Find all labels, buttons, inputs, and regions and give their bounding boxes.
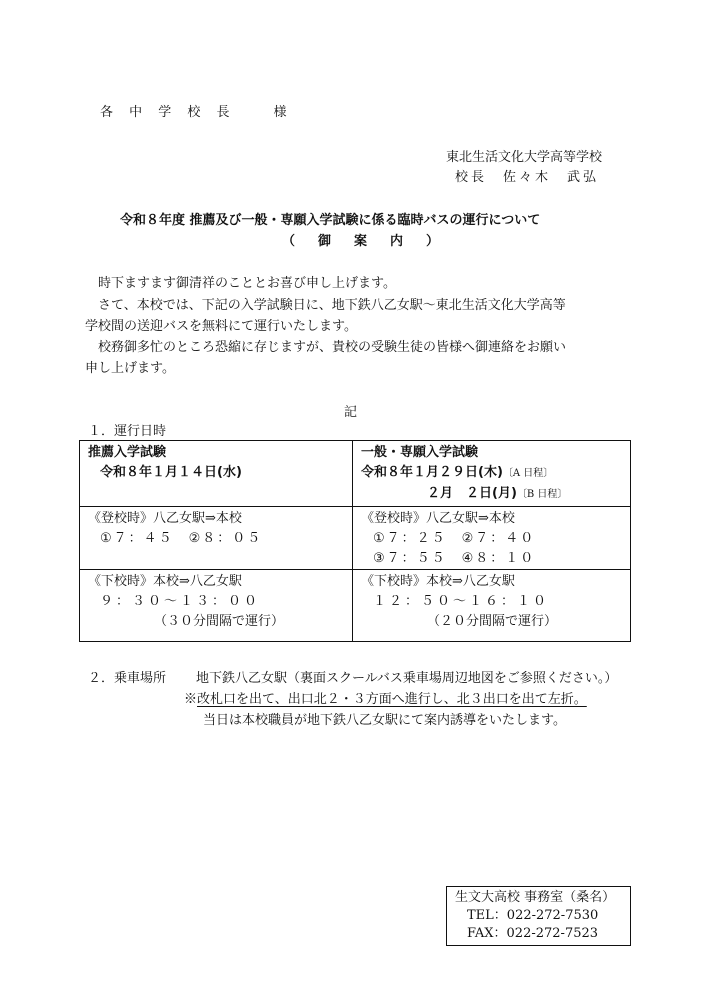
interval-note: （２０分間隔で運行） [361, 612, 624, 632]
body-paragraph-1: 時下ますます御清祥のこととお喜び申し上げます。 [98, 272, 396, 291]
exam-name: 推薦入学試験 [88, 443, 346, 463]
guide-note: 当日は本校職員が地下鉄八乙女駅にて案内誘導をいたします。 [203, 709, 566, 728]
directions-text: 改札口を出て、出口北２・３方面へ進行し、北３出口を出て左折。 [197, 692, 587, 707]
interval-note: （３０分間隔で運行） [88, 612, 346, 632]
document-title: 令和８年度 推薦及び一般・専願入学試験に係る臨時バスの運行について [120, 209, 540, 228]
right-from-school-cell: 《下校時》本校⇒八乙女駅 １２：５０～１６：１０ （２０分間隔で運行） [353, 570, 631, 642]
exam-date: 令和８年１月１４日(水) [88, 463, 346, 483]
section-1-heading: １．運行日時 [88, 420, 166, 439]
schedule-a-tag: 〔A 日程〕 [503, 468, 553, 479]
addressee: 各 中 学 校 長 様 [100, 101, 293, 120]
directions-note: ※改札口を出て、出口北２・３方面へ進行し、北３出口を出て左折。 [184, 688, 587, 707]
body-paragraph-2-line-1: さて、本校では、下記の入学試験日に、地下鉄八乙女駅～東北生活文化大学高等 [98, 294, 566, 313]
ki-heading: 記 [344, 401, 357, 420]
to-school-times: ①７：２５ ②７：４０ [361, 529, 624, 549]
left-from-school-cell: 《下校時》本校⇒八乙女駅 ９：３０～１３：００ （３０分間隔で運行） [80, 570, 353, 642]
body-paragraph-2-line-2: 学校間の送迎バスを無料にて運行いたします。 [85, 315, 357, 334]
to-school-times: ③７：５５ ④８：１０ [361, 549, 624, 569]
contact-tel: TEL：022-272-7530 [447, 907, 630, 925]
to-school-times: ①７：４５ ②８：０５ [88, 529, 346, 549]
document-subtitle: （ 御 案 内 ） [282, 230, 444, 249]
left-to-school-cell: 《登校時》八乙女駅⇒本校 ①７：４５ ②８：０５ [80, 507, 353, 570]
from-school-label: 《下校時》本校⇒八乙女駅 [88, 572, 346, 592]
right-to-school-cell: 《登校時》八乙女駅⇒本校 ①７：２５ ②７：４０ ③７：５５ ④８：１０ [353, 507, 631, 570]
from-school-range: １２：５０～１６：１０ [361, 592, 624, 612]
exam-date-a: 令和８年１月２９日(木) [361, 465, 503, 480]
boarding-place: 地下鉄八乙女駅（裏面スクールバス乗車場周辺地図をご参照ください。） [196, 667, 617, 686]
schedule-table: 推薦入学試験 令和８年１月１４日(水) 一般・専願入学試験 令和８年１月２９日(… [79, 440, 631, 642]
schedule-b-tag: 〔B 日程〕 [517, 489, 568, 500]
recommendation-exam-cell: 推薦入学試験 令和８年１月１４日(水) [80, 441, 353, 507]
general-exam-cell: 一般・専願入学試験 令和８年１月２９日(木)〔A 日程〕 ２月 ２日(月)〔B … [353, 441, 631, 507]
sender-school: 東北生活文化大学高等学校 [446, 146, 602, 165]
from-school-label: 《下校時》本校⇒八乙女駅 [361, 572, 624, 592]
contact-fax: FAX：022-272-7523 [447, 925, 630, 943]
to-school-label: 《登校時》八乙女駅⇒本校 [361, 509, 624, 529]
body-paragraph-3-line-2: 申し上げます。 [85, 357, 175, 376]
note-mark: ※ [184, 692, 197, 707]
contact-office: 生文大高校 事務室（桑名） [447, 887, 630, 907]
exam-name: 一般・専願入学試験 [361, 443, 624, 463]
body-paragraph-3-line-1: 校務御多忙のところ恐縮に存じますが、貴校の受験生徒の皆様へ御連絡をお願い [98, 336, 566, 355]
to-school-label: 《登校時》八乙女駅⇒本校 [88, 509, 346, 529]
exam-date-b: ２月 ２日(月) [427, 486, 517, 501]
from-school-range: ９：３０～１３：００ [88, 592, 346, 612]
contact-box: 生文大高校 事務室（桑名） TEL：022-272-7530 FAX：022-2… [446, 886, 631, 946]
section-2-heading: ２．乗車場所 [88, 667, 166, 686]
sender-principal: 校長 佐々木 武弘 [455, 166, 599, 185]
